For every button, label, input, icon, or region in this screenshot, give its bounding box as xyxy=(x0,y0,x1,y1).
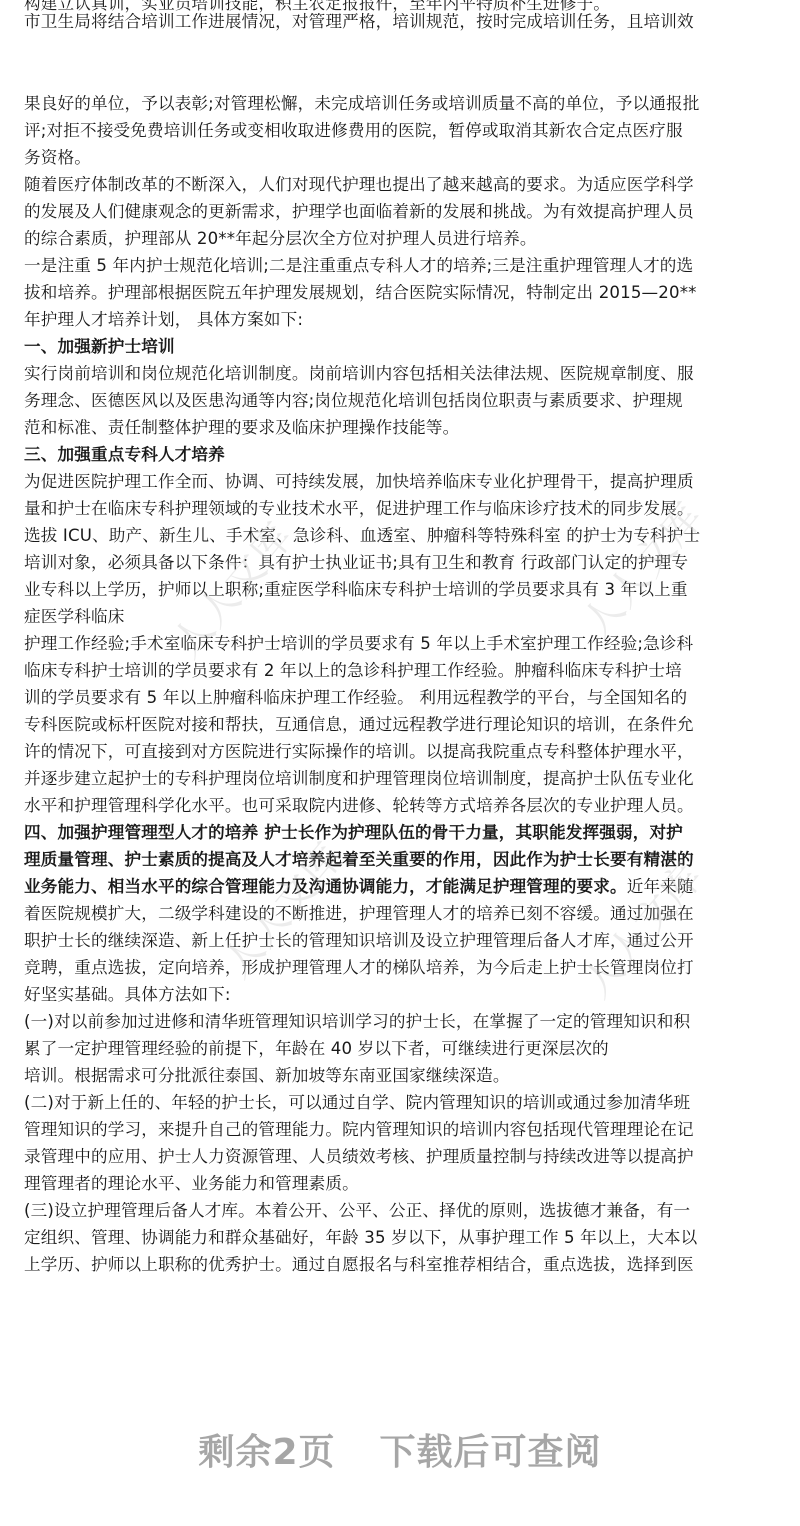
text-line: 业专科以上学历，护师以上职称;重症医学科临床专科护士培训的学员要求具有 3 年以… xyxy=(24,576,784,603)
text-line: 累了一定护理管理经验的前提下，年龄在 40 岁以下者，可继续进行更深层次的 xyxy=(24,1035,784,1062)
text-line: 水平和护理管理科学化水平。也可采取院内进修、轮转等方式培养各层次的专业护理人员。 xyxy=(24,792,784,819)
text-line: 训的学员要求有 5 年以上肿瘤科临床护理工作经验。 利用远程教学的平台，与全国知… xyxy=(24,684,784,711)
bold-text: 业务能力、相当水平的综合管理能力及沟通协调能力，才能满足护理管理的要求。 xyxy=(24,877,627,896)
text-line: 量和护士在临床专科护理领域的专业技术水平，促进护理工作与临床诊疗技术的同步发展。 xyxy=(24,495,784,522)
normal-text: 近年来随 xyxy=(627,877,694,896)
remaining-pages-banner[interactable]: 剩余2页下载后可查阅 xyxy=(0,1424,800,1475)
text-line: (二)对于新上任的、年轻的护士长，可以通过自学、院内管理知识的培训或通过参加清华… xyxy=(24,1089,784,1116)
section-heading-line: 三、加强重点专科人才培养 xyxy=(24,441,784,468)
text-line: 业务能力、相当水平的综合管理能力及沟通协调能力，才能满足护理管理的要求。近年来随 xyxy=(24,873,784,900)
text-line: 范和标准、责任制整体护理的要求及临床护理操作技能等。 xyxy=(24,414,784,441)
text-line: 评;对拒不接受免费培训任务或变相收取进修费用的医院，暂停或取消其新农合定点医疗服 xyxy=(24,117,784,144)
text-line: 培训对象，必须具备以下条件：具有护士执业证书;具有卫生和教育 行政部门认定的护理… xyxy=(24,549,784,576)
text-line: 的综合素质，护理部从 20**年起分层次全方位对护理人员进行培养。 xyxy=(24,225,784,252)
text-line: 为促进医院护理工作全而、协调、可持续发展，加快培养临床专业化护理骨干，提高护理质 xyxy=(24,468,784,495)
text-line: 管理知识的学习，来提升自己的管理能力。院内管理知识的培训内容包括现代管理理论在记 xyxy=(24,1116,784,1143)
text-line: 职护士长的继续深造、新上任护士长的管理知识培训及设立护理管理后备人才库，通过公开 xyxy=(24,927,784,954)
text-line: 务理念、医德医风以及医患沟通等内容;岗位规范化培训包括岗位职责与素质要求、护理规 xyxy=(24,387,784,414)
section-heading-line: 四、加强护理管理型人才的培养 护士长作为护理队伍的骨干力量，其职能发挥强弱，对护 xyxy=(24,819,784,846)
section-heading-line: 理质量管理、护士素质的提高及人才培养起着至关重要的作用，因此作为护士长要有精湛的 xyxy=(24,846,784,873)
text-line: 定组织、管理、协调能力和群众基础好，年龄 35 岁以下，从事护理工作 5 年以上… xyxy=(24,1224,784,1251)
text-line: 临床专科护士培训的学员要求有 2 年以上的急诊科护理工作经验。肿瘤科临床专科护士… xyxy=(24,657,784,684)
text-line: 上学历、护师以上职称的优秀护士。通过自愿报名与科室推荐相结合，重点选拔，选择到医 xyxy=(24,1251,784,1278)
document-page: 构建立认真训，实业员培训技能，积主农定报报件，至年内平特质补生进修子。市卫生局将… xyxy=(0,0,800,1526)
text-line: 年护理人才培养计划， 具体方案如下: xyxy=(24,306,784,333)
text-line: 着医院规模扩大，二级学科建设的不断推进，护理管理人才的培养已刻不容缓。通过加强在 xyxy=(24,900,784,927)
text-line: 专科医院或标杆医院对接和帮扶，互通信息，通过远程教学进行理论知识的培训，在条件允 xyxy=(24,711,784,738)
text-line: (三)设立护理管理后备人才库。本着公开、公平、公正、择优的原则，选拔德才兼备，有… xyxy=(24,1197,784,1224)
remaining-pages-label: 剩余2页 xyxy=(198,1432,335,1473)
text-line: 录管理中的应用、护士人力资源管理、人员绩效考核、护理质量控制与持续改进等以提高护 xyxy=(24,1143,784,1170)
text-line: 果良好的单位，予以表彰;对管理松懈，未完成培训任务或培训质量不高的单位，予以通报… xyxy=(24,90,784,117)
text-line: 市卫生局将结合培训工作进展情况，对管理严格，培训规范，按时完成培训任务，且培训效 xyxy=(24,8,784,35)
text-line: 许的情况下，可直接到对方医院进行实际操作的培训。以提高我院重点专科整体护理水平， xyxy=(24,738,784,765)
text-line: 竞聘，重点选拔，定向培养，形成护理管理人才的梯队培养，为今后走上护士长管理岗位打 xyxy=(24,954,784,981)
text-line: 症医学科临床 xyxy=(24,603,784,630)
text-line: 培训。根据需求可分批派往泰国、新加坡等东南亚国家继续深造。 xyxy=(24,1062,784,1089)
download-prompt-label: 下载后可查阅 xyxy=(380,1432,602,1473)
text-line: 一是注重 5 年内护士规范化培训;二是注重重点专科人才的培养;三是注重护理管理人… xyxy=(24,252,784,279)
text-line: 理管理者的理论水平、业务能力和管理素质。 xyxy=(24,1170,784,1197)
text-line: (一)对以前参加过进修和清华班管理知识培训学习的护士长，在掌握了一定的管理知识和… xyxy=(24,1008,784,1035)
text-line: 并逐步建立起护士的专科护理岗位培训制度和护理管理岗位培训制度，提高护士队伍专业化 xyxy=(24,765,784,792)
text-line: 拔和培养。护理部根据医院五年护理发展规划，结合医院实际情况，特制定出 2015—… xyxy=(24,279,784,306)
text-line: 随着医疗体制改革的不断深入，人们对现代护理也提出了越来越高的要求。为适应医学科学 xyxy=(24,171,784,198)
text-line: 护理工作经验;手术室临床专科护士培训的学员要求有 5 年以上手术室护理工作经验;… xyxy=(24,630,784,657)
text-line: 好坚实基础。具体方法如下: xyxy=(24,981,784,1008)
text-line: 选拔 ICU、助产、新生儿、手术室、急诊科、血透室、肿瘤科等特殊科室 的护士为专… xyxy=(24,522,784,549)
section-heading-line: 一、加强新护士培训 xyxy=(24,333,784,360)
text-line: 务资格。 xyxy=(24,144,784,171)
text-line: 的发展及人们健康观念的更新需求，护理学也面临着新的发展和挑战。为有效提高护理人员 xyxy=(24,198,784,225)
text-line: 实行岗前培训和岗位规范化培训制度。岗前培训内容包括相关法律法规、医院规章制度、服 xyxy=(24,360,784,387)
